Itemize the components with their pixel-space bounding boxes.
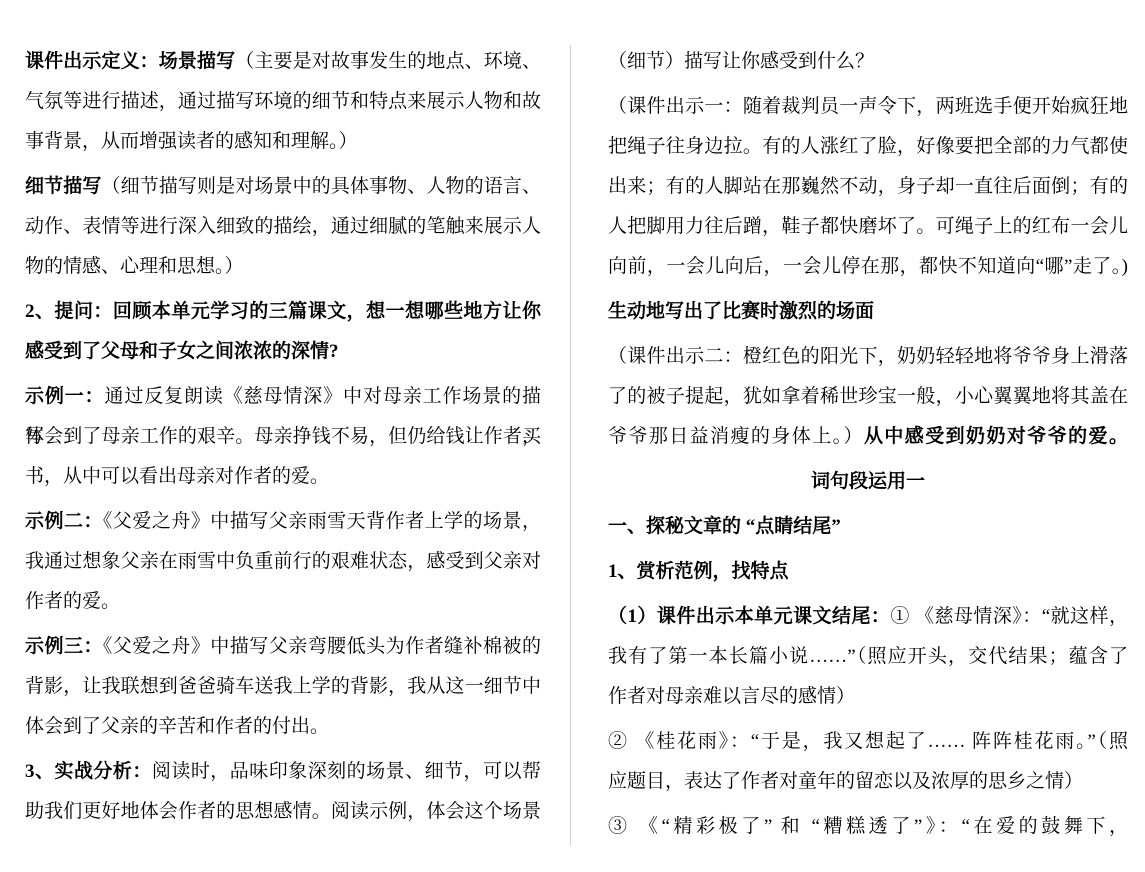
bold-text-run: 示例二：: [25, 511, 103, 532]
text-line: 示例二：《父爱之舟》中描写父亲雨雪天背作者上学的场景，: [25, 502, 541, 542]
text-line: （课件出示一：随着裁判员一声令下，两班选手便开始疯狂地: [608, 87, 1128, 127]
text-run: 《父爱之舟》中描写父亲弯腰低头为作者缝补棉被的: [103, 636, 541, 657]
text-run: （细节描写则是对场景中的具体事物、人物的语言、: [101, 176, 541, 197]
left-column: 课件出示定义：场景描写（主要是对故事发生的地点、环境、气氛等进行描述，通过描写环…: [25, 42, 541, 832]
text-run: 事背景，从而增强读者的感知和理解。）: [25, 131, 358, 152]
text-run: ③ 《“精彩极了” 和 “糟糕透了”》：“在爱的鼓舞下，: [608, 816, 1128, 837]
text-run: 我有了第一本长篇小说……”（照应开头，交代结果；蕴含了: [608, 646, 1128, 667]
bold-text-run: 细节描写: [25, 176, 101, 197]
text-run: 气氛等进行描述，通过描写环境的细节和特点来展示人物和故: [25, 91, 541, 112]
paragraph: 1、赏析范例，找特点: [608, 552, 1128, 592]
bold-text-run: 示例一：: [25, 386, 105, 407]
paragraph: ② 《桂花雨》：“于是，我又想起了…… 阵阵桂花雨。”（照应题目，表达了作者对童…: [608, 722, 1128, 802]
paragraph: （课件出示二：橙红色的阳光下，奶奶轻轻地将爷爷身上滑落了的被子提起，犹如拿着稀世…: [608, 337, 1128, 457]
text-line: 我通过想象父亲在雨雪中负重前行的艰难状态，感受到父亲对: [25, 542, 541, 582]
text-run: 把绳子往身边拉。有的人涨红了脸，好像要把全部的力气都使: [608, 136, 1128, 157]
bold-text-run: 示例三：: [25, 636, 103, 657]
text-run: 体会到了母亲工作的艰辛。母亲挣钱不易，但仍给钱让作者买: [25, 426, 541, 447]
text-line: ② 《桂花雨》：“于是，我又想起了…… 阵阵桂花雨。”（照: [608, 722, 1128, 762]
text-line: 向前，一会儿向后，一会儿停在那，都快不知道向“哪”走了。): [608, 247, 1128, 287]
text-line: 动作、表情等进行深入细致的描绘，通过细腻的笔触来展示人: [25, 207, 541, 247]
text-run: 人把脚用力往后蹭，鞋子都快磨坏了。可绳子上的红布一会儿: [608, 216, 1128, 237]
bold-text-run: （1）课件出示本单元课文结尾：: [608, 606, 890, 627]
bold-text-run: 感受到了父母和子女之间浓浓的深情?: [25, 341, 339, 362]
text-line: 示例一：通过反复朗读《慈母情深》中对母亲工作场景的描写，: [25, 377, 541, 417]
text-run: 动作、表情等进行深入细致的描绘，通过细腻的笔触来展示人: [25, 216, 541, 237]
paragraph: 细节描写（细节描写则是对场景中的具体事物、人物的语言、动作、表情等进行深入细致的…: [25, 167, 541, 287]
text-line: 词句段运用一: [608, 462, 1128, 502]
bold-text-run: 从中感受到奶奶对爷爷的爱。: [864, 426, 1128, 447]
text-line: 一、探秘文章的 “点睛结尾”: [608, 507, 1128, 547]
paragraph: 生动地写出了比赛时激烈的场面: [608, 292, 1128, 332]
right-column: （细节）描写让你感受到什么？（课件出示一：随着裁判员一声令下，两班选手便开始疯狂…: [608, 42, 1128, 847]
text-line: 事背景，从而增强读者的感知和理解。）: [25, 122, 541, 162]
text-run: 向前，一会儿向后，一会儿停在那，都快不知道向“哪”走了。): [608, 256, 1128, 277]
text-line: 出来；有的人脚站在那巍然不动，身子却一直往后面倒；有的: [608, 167, 1128, 207]
text-run: （课件出示一：随着裁判员一声令下，两班选手便开始疯狂地: [608, 96, 1128, 117]
bold-text-run: 2、提问：回顾本单元学习的三篇课文，想一想哪些地方让你: [25, 301, 541, 322]
bold-text-run: 一、探秘文章的 “点睛结尾”: [608, 516, 841, 537]
text-line: （1）课件出示本单元课文结尾：① 《慈母情深》：“就这样，: [608, 597, 1128, 637]
text-run: ② 《桂花雨》：“于是，我又想起了…… 阵阵桂花雨。”（照: [608, 731, 1128, 752]
paragraph: 示例一：通过反复朗读《慈母情深》中对母亲工作场景的描写，体会到了母亲工作的艰辛。…: [25, 377, 541, 497]
text-run: 作者的爱。: [25, 591, 120, 612]
text-run: （主要是对故事发生的地点、环境、: [235, 51, 541, 72]
paragraph: 示例二：《父爱之舟》中描写父亲雨雪天背作者上学的场景，我通过想象父亲在雨雪中负重…: [25, 502, 541, 622]
bold-text-run: 课件出示定义：场景描写: [25, 51, 235, 72]
text-line: 体会到了母亲工作的艰辛。母亲挣钱不易，但仍给钱让作者买: [25, 417, 541, 457]
text-run: 出来；有的人脚站在那巍然不动，身子却一直往后面倒；有的: [608, 176, 1128, 197]
text-line: 我有了第一本长篇小说……”（照应开头，交代结果；蕴含了: [608, 637, 1128, 677]
text-line: 细节描写（细节描写则是对场景中的具体事物、人物的语言、: [25, 167, 541, 207]
document-page: 课件出示定义：场景描写（主要是对故事发生的地点、环境、气氛等进行描述，通过描写环…: [0, 0, 1145, 872]
text-line: 1、赏析范例，找特点: [608, 552, 1128, 592]
paragraph: ③ 《“精彩极了” 和 “糟糕透了”》：“在爱的鼓舞下，: [608, 807, 1128, 847]
text-line: 了的被子提起，犹如拿着稀世珍宝一般，小心翼翼地将其盖在: [608, 377, 1128, 417]
text-run: 书，从中可以看出母亲对作者的爱。: [25, 466, 329, 487]
text-line: 作者对母亲难以言尽的感情）: [608, 677, 1128, 717]
paragraph: 课件出示定义：场景描写（主要是对故事发生的地点、环境、气氛等进行描述，通过描写环…: [25, 42, 541, 162]
text-run: （细节）描写让你感受到什么？: [608, 51, 874, 72]
text-line: 助我们更好地体会作者的思想感情。阅读示例，体会这个场景: [25, 792, 541, 832]
text-line: 书，从中可以看出母亲对作者的爱。: [25, 457, 541, 497]
text-run: 我通过想象父亲在雨雪中负重前行的艰难状态，感受到父亲对: [25, 551, 541, 572]
text-line: 示例三：《父爱之舟》中描写父亲弯腰低头为作者缝补棉被的: [25, 627, 541, 667]
text-run: 阅读时，品味印象深刻的场景、细节，可以帮: [152, 761, 541, 782]
text-line: 物的情感、心理和思想。）: [25, 247, 541, 287]
text-run: 爷爷那日益消瘦的身体上。）: [608, 426, 864, 447]
text-line: 生动地写出了比赛时激烈的场面: [608, 292, 1128, 332]
text-line: （细节）描写让你感受到什么？: [608, 42, 1128, 82]
text-run: 《父爱之舟》中描写父亲雨雪天背作者上学的场景，: [103, 511, 541, 532]
text-run: 应题目，表达了作者对童年的留恋以及浓厚的思乡之情）: [608, 771, 1083, 792]
text-run: 作者对母亲难以言尽的感情）: [608, 686, 855, 707]
bold-text-run: 1、赏析范例，找特点: [608, 561, 789, 582]
text-line: ③ 《“精彩极了” 和 “糟糕透了”》：“在爱的鼓舞下，: [608, 807, 1128, 847]
bold-text-run: 词句段运用一: [811, 471, 925, 492]
text-line: 体会到了父亲的辛苦和作者的付出。: [25, 707, 541, 747]
text-line: 爷爷那日益消瘦的身体上。）从中感受到奶奶对爷爷的爱。: [608, 417, 1128, 457]
text-line: 把绳子往身边拉。有的人涨红了脸，好像要把全部的力气都使: [608, 127, 1128, 167]
paragraph: 示例三：《父爱之舟》中描写父亲弯腰低头为作者缝补棉被的背影，让我联想到爸爸骑车送…: [25, 627, 541, 747]
text-line: 2、提问：回顾本单元学习的三篇课文，想一想哪些地方让你: [25, 292, 541, 332]
text-line: 人把脚用力往后蹭，鞋子都快磨坏了。可绳子上的红布一会儿: [608, 207, 1128, 247]
text-line: 感受到了父母和子女之间浓浓的深情?: [25, 332, 541, 372]
text-line: 作者的爱。: [25, 582, 541, 622]
text-line: 气氛等进行描述，通过描写环境的细节和特点来展示人物和故: [25, 82, 541, 122]
paragraph: （1）课件出示本单元课文结尾：① 《慈母情深》：“就这样，我有了第一本长篇小说……: [608, 597, 1128, 717]
text-run: 背影，让我联想到爸爸骑车送我上学的背影，我从这一细节中: [25, 676, 541, 697]
column-divider: [570, 45, 571, 845]
text-run: 体会到了父亲的辛苦和作者的付出。: [25, 716, 329, 737]
paragraph: 3、实战分析：阅读时，品味印象深刻的场景、细节，可以帮助我们更好地体会作者的思想…: [25, 752, 541, 832]
text-line: （课件出示二：橙红色的阳光下，奶奶轻轻地将爷爷身上滑落: [608, 337, 1128, 377]
paragraph: （课件出示一：随着裁判员一声令下，两班选手便开始疯狂地把绳子往身边拉。有的人涨红…: [608, 87, 1128, 287]
paragraph: 一、探秘文章的 “点睛结尾”: [608, 507, 1128, 547]
paragraph: 2、提问：回顾本单元学习的三篇课文，想一想哪些地方让你感受到了父母和子女之间浓浓…: [25, 292, 541, 372]
text-line: 应题目，表达了作者对童年的留恋以及浓厚的思乡之情）: [608, 762, 1128, 802]
bold-text-run: 3、实战分析：: [25, 761, 152, 782]
paragraph: 词句段运用一: [608, 462, 1128, 502]
text-run: 物的情感、心理和思想。）: [25, 256, 244, 277]
text-run: ① 《慈母情深》：“就这样，: [890, 606, 1128, 627]
bold-text-run: 生动地写出了比赛时激烈的场面: [608, 301, 874, 322]
text-run: （课件出示二：橙红色的阳光下，奶奶轻轻地将爷爷身上滑落: [608, 346, 1128, 367]
text-line: 3、实战分析：阅读时，品味印象深刻的场景、细节，可以帮: [25, 752, 541, 792]
text-line: 背影，让我联想到爸爸骑车送我上学的背影，我从这一细节中: [25, 667, 541, 707]
text-line: 课件出示定义：场景描写（主要是对故事发生的地点、环境、: [25, 42, 541, 82]
paragraph: （细节）描写让你感受到什么？: [608, 42, 1128, 82]
text-run: 助我们更好地体会作者的思想感情。阅读示例，体会这个场景: [25, 801, 541, 822]
text-run: 了的被子提起，犹如拿着稀世珍宝一般，小心翼翼地将其盖在: [608, 386, 1128, 407]
